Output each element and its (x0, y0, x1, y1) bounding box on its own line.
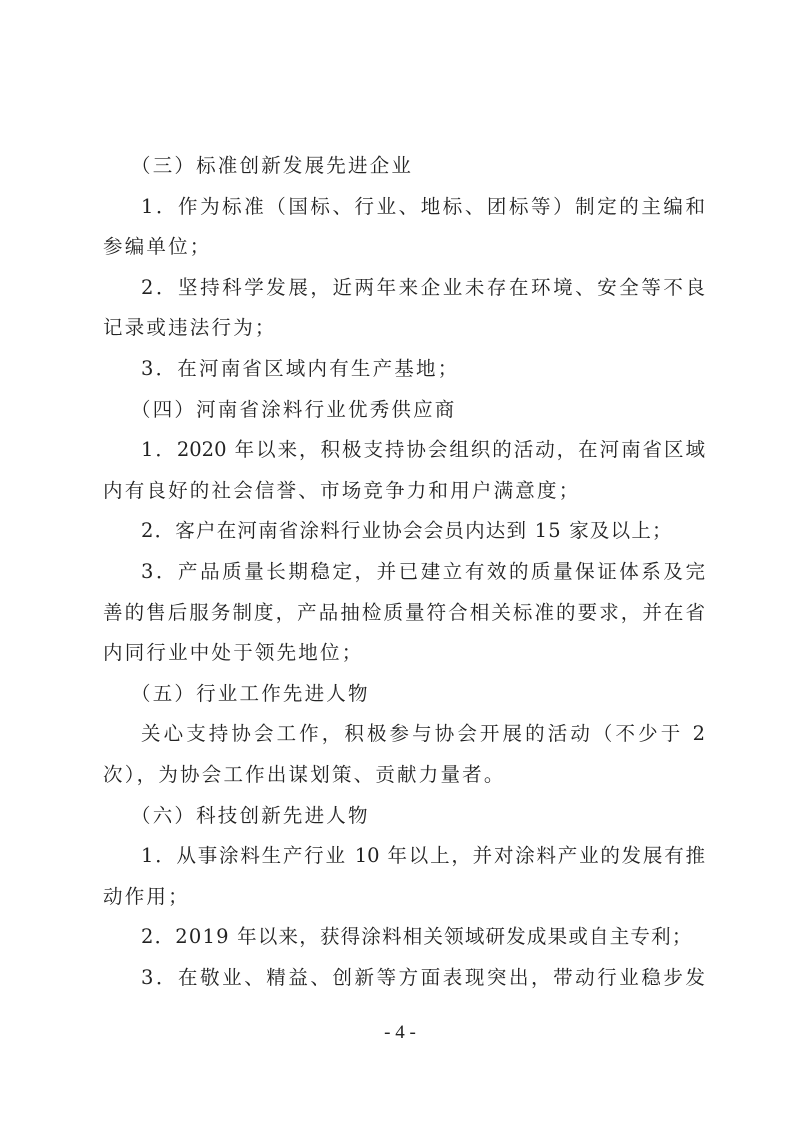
paragraph-line: 3．在河南省区域内有生产基地； (103, 349, 705, 390)
paragraph-line: 记录或违法行为； (103, 308, 705, 349)
section-heading-6: （六）科技创新先进人物 (103, 796, 705, 837)
paragraph-line: 2．坚持科学发展，近两年来企业未存在环境、安全等不良 (103, 268, 705, 309)
paragraph-line: 次），为协会工作出谋划策、贡献力量者。 (103, 755, 705, 796)
paragraph-line: 1．从事涂料生产行业 10 年以上，并对涂料产业的发展有推 (103, 836, 705, 877)
section-heading-4: （四）河南省涂料行业优秀供应商 (103, 390, 705, 431)
paragraph-line: 内同行业中处于领先地位； (103, 633, 705, 674)
paragraph-line: 1．2020 年以来，积极支持协会组织的活动，在河南省区域 (103, 430, 705, 471)
document-body: （三）标准创新发展先进企业 1．作为标准（国标、行业、地标、团标等）制定的主编和… (103, 146, 705, 998)
paragraph-line: 善的售后服务制度，产品抽检质量符合相关标准的要求，并在省 (103, 593, 705, 634)
section-heading-5: （五）行业工作先进人物 (103, 674, 705, 715)
paragraph-line: 参编单位； (103, 227, 705, 268)
paragraph-line: 1．作为标准（国标、行业、地标、团标等）制定的主编和 (103, 187, 705, 228)
section-heading-3: （三）标准创新发展先进企业 (103, 146, 705, 187)
paragraph-line: 2．客户在河南省涂料行业协会会员内达到 15 家及以上； (103, 511, 705, 552)
paragraph-line: 动作用； (103, 877, 705, 918)
page-number: - 4 - (0, 1022, 800, 1044)
paragraph-line: 3．产品质量长期稳定，并已建立有效的质量保证体系及完 (103, 552, 705, 593)
paragraph-line: 关心支持协会工作，积极参与协会开展的活动（不少于 2 (103, 714, 705, 755)
paragraph-line: 2．2019 年以来，获得涂料相关领域研发成果或自主专利； (103, 917, 705, 958)
paragraph-line: 内有良好的社会信誉、市场竞争力和用户满意度； (103, 471, 705, 512)
paragraph-line: 3．在敬业、精益、创新等方面表现突出，带动行业稳步发 (103, 958, 705, 999)
